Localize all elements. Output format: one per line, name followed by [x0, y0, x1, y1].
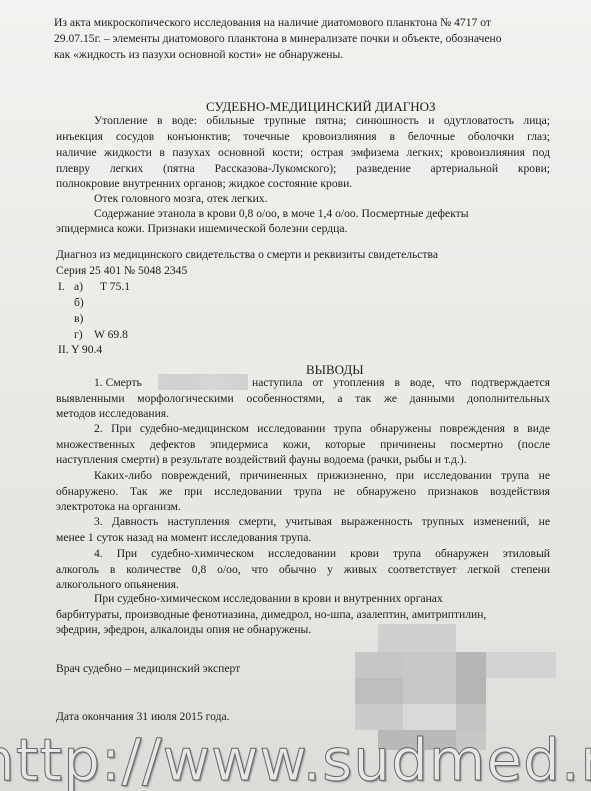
conclusion-line-10: менее 1 суток назад на момент исследован… [56, 531, 311, 545]
diagnosis-line-5: полнокровие внутренних органов; жидкое с… [56, 177, 352, 191]
conclusion-line-14: При судебно-химическом исследовании в кр… [94, 592, 443, 606]
conclusions-title: ВЫВОДЫ [306, 362, 364, 377]
conclusion-line-11: 4. При судебно-химическом исследовании к… [94, 547, 550, 561]
microscopy-line-2: 29.07.15г. – элементы диатомового планкт… [54, 32, 502, 46]
diagnosis-line-1: Утопление в воде: обильные трупные пятна… [94, 114, 550, 128]
watermark-url: http://www.sudmed.ru [0, 728, 591, 791]
certificate-item-g-code: W 69.8 [94, 328, 128, 342]
conclusion-line-8: электротока на организм. [56, 500, 181, 514]
conclusion-line-2: методов исследования. [56, 407, 169, 421]
conclusion-line-1: выявленными морфологическими особенностя… [56, 392, 550, 406]
certificate-series: Серия 25 401 № 5048 2345 [56, 264, 187, 278]
conclusion-line-13: алкогольного опьянения. [56, 578, 179, 592]
certificate-item-v-letter: в) [74, 312, 83, 326]
conclusion-1-start: 1. Смерть [94, 376, 142, 390]
diagnosis-line-3: наличие жидкости в пазухах основной кост… [56, 146, 550, 160]
conclusion-1-end: наступила от утопления в воде, что подтв… [252, 376, 550, 390]
certificate-item-num: I. [58, 280, 65, 294]
microscopy-line-1: Из акта микроскопического исследования н… [54, 16, 491, 30]
certificate-item-b-letter: б) [74, 296, 84, 310]
conclusion-line-6: Каких-либо повреждений, причиненных приж… [94, 469, 550, 483]
diagnosis-line-7: Содержание этанола в крови 0,8 о/оо, в м… [94, 207, 469, 221]
document-page: Из акта микроскопического исследования н… [0, 0, 591, 791]
diagnosis-title: СУДЕБНО-МЕДИЦИНСКИЙ ДИАГНОЗ [206, 99, 436, 114]
diagnosis-line-8: эпидермиса кожи. Признаки ишемической бо… [56, 222, 347, 236]
certificate-part2: II. Y 90.4 [58, 343, 102, 357]
conclusion-line-5: наступления смерти) в результате воздейс… [56, 453, 467, 467]
diagnosis-line-2: инъекция сосудов конъюнктив; точечные кр… [56, 130, 550, 144]
completion-date: Дата окончания 31 июля 2015 года. [56, 710, 230, 724]
certificate-item-a-letter: а) [74, 280, 83, 294]
microscopy-line-3: как «жидкость из пазухи основной кости» … [54, 48, 343, 62]
redacted-name [158, 374, 248, 390]
certificate-title: Диагноз из медицинского свидетельства о … [56, 248, 438, 262]
certificate-item-a-code: T 75.1 [100, 280, 130, 294]
signature-role: Врач судебно – медицинский эксперт [56, 662, 240, 676]
conclusion-line-3: 2. При судебно-медицинском исследовании … [94, 422, 550, 436]
conclusion-line-4: множественных дефектов эпидермиса кожи, … [56, 438, 550, 452]
conclusion-line-12: алкоголь в количестве 0,8 о/оо, что обыч… [56, 563, 550, 577]
certificate-item-g-letter: г) [74, 328, 83, 342]
diagnosis-line-4: плевру легких (пятна Рассказова-Лукомско… [56, 162, 550, 176]
conclusion-line-9: 3. Давность наступления смерти, учитывая… [94, 515, 550, 529]
conclusion-line-7: обнаружено. Так же при исследовании труп… [56, 485, 550, 499]
conclusion-line-16: эфедрин, эфедрон, алкалоиды опия не обна… [56, 623, 311, 637]
conclusion-line-15: барбитураты, производные фенотиазина, ди… [56, 608, 486, 622]
diagnosis-line-6: Отек головного мозга, отек легких. [94, 192, 267, 206]
